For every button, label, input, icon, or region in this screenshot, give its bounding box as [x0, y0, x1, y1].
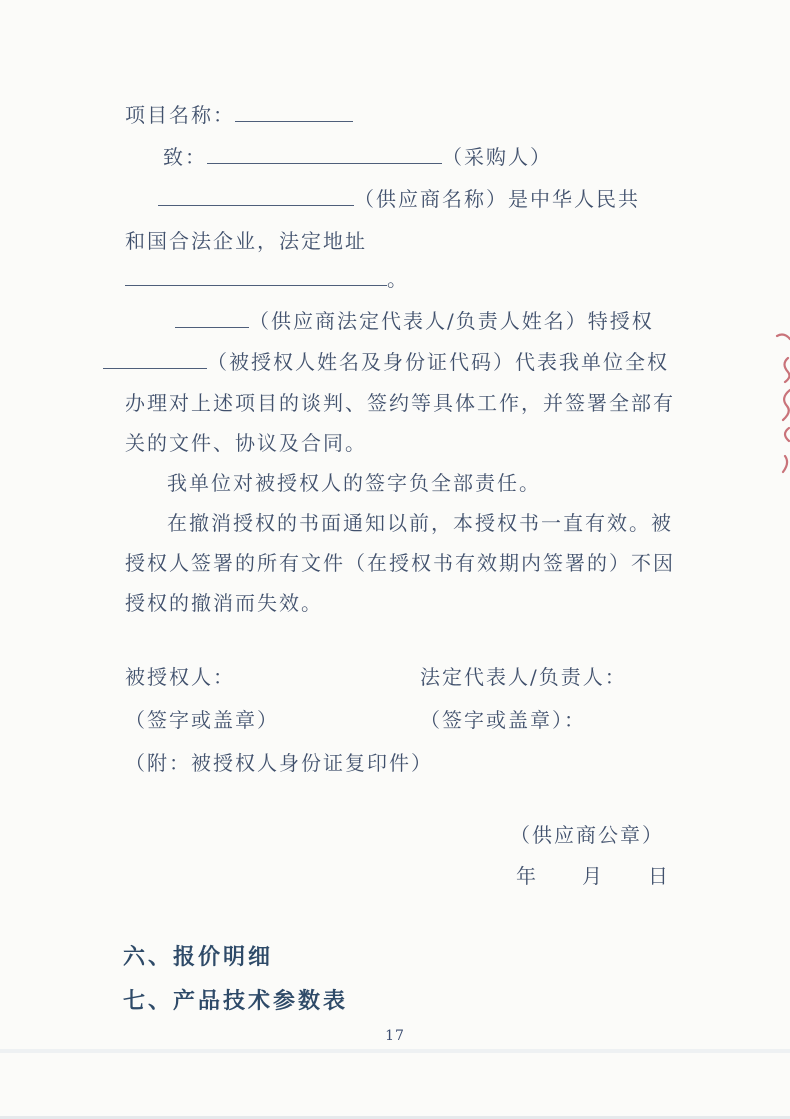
supplier-name-blank — [158, 186, 354, 206]
agent-name-blank — [103, 349, 207, 369]
supplier-name-line: （供应商名称）是中华人民共 — [158, 184, 640, 214]
agent-auth-line: （被授权人姓名及身份证代码）代表我单位全权 — [103, 347, 669, 377]
work-scope-line-1: 办理对上述项目的谈判、签约等具体工作，并签署全部有 — [125, 388, 675, 418]
project-name-blank — [235, 102, 353, 122]
legal-entity-line: 和国合法企业，法定地址 — [125, 226, 367, 256]
legal-address-line: 。 — [125, 264, 409, 294]
validity-line-3: 授权的撤消而失效。 — [125, 588, 323, 618]
work-scope-line-2: 关的文件、协议及合同。 — [125, 428, 367, 458]
section-heading-seven: 七、产品技术参数表 — [123, 986, 348, 1016]
agent-auth-suffix: （被授权人姓名及身份证代码）代表我单位全权 — [207, 350, 669, 374]
red-ink-marks-icon — [772, 330, 790, 480]
validity-line-2: 授权人签署的所有文件（在授权书有效期内签署的）不因 — [125, 548, 675, 578]
legal-rep-sign-note: （签字或盖章）： — [420, 705, 586, 735]
section-heading-six: 六、报价明细 — [123, 942, 273, 972]
legal-address-punct: 。 — [387, 267, 409, 291]
purchaser-suffix: （采购人） — [442, 145, 552, 169]
attachment-note: （附：被授权人身份证复印件） — [125, 748, 433, 778]
to-line: 致：（采购人） — [163, 142, 552, 172]
to-label: 致： — [163, 145, 207, 169]
legal-address-blank — [125, 266, 387, 286]
purchaser-blank — [207, 144, 442, 164]
legal-rep-auth-suffix: （供应商法定代表人/负责人姓名）特授权 — [249, 309, 654, 333]
legal-rep-name-blank — [175, 308, 249, 328]
supplier-seal-note: （供应商公章） — [510, 820, 664, 850]
authorized-person-sign-note: （签字或盖章） — [125, 705, 279, 735]
authorized-person-label: 被授权人： — [125, 662, 235, 692]
validity-line-1: 在撤消授权的书面通知以前，本授权书一直有效。被 — [167, 508, 673, 538]
project-name-line: 项目名称： — [125, 100, 353, 130]
date-line: 年 月 日 — [516, 861, 670, 891]
supplier-name-suffix: （供应商名称）是中华人民共 — [354, 187, 640, 211]
scan-artifact-band — [0, 1049, 790, 1053]
legal-rep-label: 法定代表人/负责人： — [420, 662, 627, 692]
document-page: 项目名称： 致：（采购人） （供应商名称）是中华人民共 和国合法企业，法定地址 … — [0, 0, 790, 1119]
page-number: 17 — [0, 1028, 790, 1044]
responsibility-line: 我单位对被授权人的签字负全部责任。 — [167, 468, 541, 498]
project-name-label: 项目名称： — [125, 103, 235, 127]
legal-rep-auth-line: （供应商法定代表人/负责人姓名）特授权 — [175, 306, 654, 336]
